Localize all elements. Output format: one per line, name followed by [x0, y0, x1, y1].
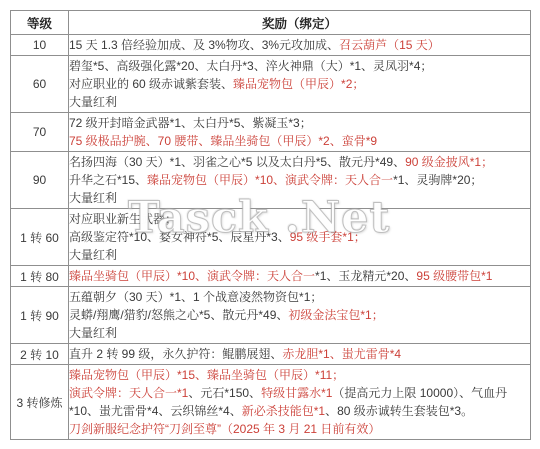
reward-line: 五蕴朝夕（30 天）*1、1 个战意凌然物资包*1；: [69, 288, 530, 306]
reward-line: 大量红利: [69, 189, 530, 207]
reward-text: 对应职业的 60 级赤诚紫套装、: [69, 77, 233, 91]
reward-highlight-text: 臻品宠物包（甲辰）*10、演武令牌：天人合一: [147, 173, 393, 187]
level-cell: 1 转 60: [11, 209, 69, 266]
reward-highlight-text: 臻品宠物包（甲辰）*2；: [233, 77, 364, 91]
reward-text: 大量红利: [69, 191, 117, 205]
reward-text: 升华之石*15、: [69, 173, 147, 187]
table-row: 7072 级开封暗金武器*1、太白丹*5、紫凝玉*3；75 级极品护腕、70 腰…: [11, 113, 531, 152]
reward-line: 臻品坐骑包（甲辰）*10、演武令牌：天人合一*1、玉龙精元*20、95 级腰带包…: [69, 267, 530, 285]
reward-highlight-text: 召云葫芦（15 天）: [339, 38, 440, 52]
reward-text: 72 级开封暗金武器*1、太白丹*5、紫凝玉*3；: [69, 116, 312, 130]
reward-text: 灵蟒/翔鹰/猎豹/怒熊之心*5、散元丹*49、: [69, 308, 288, 322]
reward-text: *1、灵驹牌*20；: [393, 173, 482, 187]
reward-text: 名扬四海（30 天）*1、羽雀之心*5 以及太白丹*5、散元丹*49、: [69, 155, 405, 169]
reward-cell: 直升 2 转 99 级，永久护符：鲲鹏展翅、赤龙胆*1、蚩尤雷骨*4: [69, 344, 531, 365]
table-row: 3 转修炼臻品宠物包（甲辰）*15、臻品坐骑包（甲辰）*11；演武令牌：天人合一…: [11, 365, 531, 440]
reward-highlight-text: 演武令牌：天人合一*1: [69, 386, 188, 400]
reward-text: 、80 级赤诚转生套装包*3。: [325, 404, 473, 418]
reward-text: 15 天 1.3 倍经验加成、及 3%物攻、3%元攻加成、: [69, 38, 339, 52]
reward-line: 大量红利: [69, 246, 530, 264]
reward-highlight-text: 赤龙胆*1、蚩尤雷骨*4: [282, 347, 401, 361]
table-row: 1015 天 1.3 倍经验加成、及 3%物攻、3%元攻加成、召云葫芦（15 天…: [11, 35, 531, 56]
reward-line: 15 天 1.3 倍经验加成、及 3%物攻、3%元攻加成、召云葫芦（15 天）: [69, 36, 530, 54]
reward-line: 75 级极品护腕、70 腰带、臻品坐骑包（甲辰）*2、蛮骨*9: [69, 132, 530, 150]
reward-line: 演武令牌：天人合一*1、元石*150、特级甘露水*1（提高元力上限 10000）…: [69, 384, 530, 420]
reward-line: 72 级开封暗金武器*1、太白丹*5、紫凝玉*3；: [69, 114, 530, 132]
reward-line: 碧玺*5、高级强化露*20、太白丹*3、淬火神鼎（大）*1、灵凤羽*4；: [69, 57, 530, 75]
rewards-page: 等级 奖励（绑定） 1015 天 1.3 倍经验加成、及 3%物攻、3%元攻加成…: [0, 0, 540, 449]
reward-line: 刀剑新服纪念护符“刀剑至尊”（2025 年 3 月 21 日前有效）: [69, 420, 530, 438]
reward-line: 灵蟒/翔鹰/猎豹/怒熊之心*5、散元丹*49、初级金法宝包*1；: [69, 306, 530, 324]
reward-text: 直升 2 转 99 级，永久护符：鲲鹏展翅、: [69, 347, 282, 361]
reward-highlight-text: 95 级腰带包*1: [416, 269, 492, 283]
reward-text: 五蕴朝夕（30 天）*1、1 个战意凌然物资包*1；: [69, 290, 322, 304]
level-cell: 2 转 10: [11, 344, 69, 365]
header-reward: 奖励（绑定）: [69, 11, 531, 35]
reward-cell: 碧玺*5、高级强化露*20、太白丹*3、淬火神鼎（大）*1、灵凤羽*4；对应职业…: [69, 56, 531, 113]
level-cell: 60: [11, 56, 69, 113]
reward-highlight-text: 新必杀技能包*1: [242, 404, 325, 418]
reward-line: 对应职业的 60 级赤诚紫套装、臻品宠物包（甲辰）*2；: [69, 75, 530, 93]
level-cell: 70: [11, 113, 69, 152]
reward-highlight-text: 刀剑新服纪念护符“刀剑至尊”（2025 年 3 月 21 日前有效）: [69, 422, 380, 436]
reward-cell: 臻品宠物包（甲辰）*15、臻品坐骑包（甲辰）*11；演武令牌：天人合一*1、元石…: [69, 365, 531, 440]
reward-highlight-text: 特级甘露水*1: [261, 386, 332, 400]
reward-highlight-text: 初级金法宝包*1；: [288, 308, 383, 322]
table-row: 60碧玺*5、高级强化露*20、太白丹*3、淬火神鼎（大）*1、灵凤羽*4；对应…: [11, 56, 531, 113]
reward-text: 对应职业新生武器；: [69, 212, 177, 226]
table-row: 2 转 10直升 2 转 99 级，永久护符：鲲鹏展翅、赤龙胆*1、蚩尤雷骨*4: [11, 344, 531, 365]
reward-cell: 72 级开封暗金武器*1、太白丹*5、紫凝玉*3；75 级极品护腕、70 腰带、…: [69, 113, 531, 152]
table-row: 90名扬四海（30 天）*1、羽雀之心*5 以及太白丹*5、散元丹*49、90 …: [11, 152, 531, 209]
reward-highlight-text: 臻品坐骑包（甲辰）*10、演武令牌：天人合一: [69, 269, 315, 283]
reward-cell: 五蕴朝夕（30 天）*1、1 个战意凌然物资包*1；灵蟒/翔鹰/猎豹/怒熊之心*…: [69, 287, 531, 344]
level-cell: 10: [11, 35, 69, 56]
reward-cell: 名扬四海（30 天）*1、羽雀之心*5 以及太白丹*5、散元丹*49、90 级金…: [69, 152, 531, 209]
reward-text: 大量红利: [69, 248, 117, 262]
reward-highlight-text: 90 级金披风*1；: [405, 155, 493, 169]
header-level: 等级: [11, 11, 69, 35]
table-row: 1 转 80臻品坐骑包（甲辰）*10、演武令牌：天人合一*1、玉龙精元*20、9…: [11, 266, 531, 287]
reward-highlight-text: 75 级极品护腕、70 腰带、臻品坐骑包（甲辰）*2、蛮骨*9: [69, 134, 377, 148]
reward-cell: 对应职业新生武器；高级鉴定符*10、婺女神符*5、辰星丹*3、95 级手套*1；…: [69, 209, 531, 266]
rewards-table-head: 等级 奖励（绑定）: [11, 11, 531, 35]
reward-line: 大量红利: [69, 93, 530, 111]
rewards-table-body: 1015 天 1.3 倍经验加成、及 3%物攻、3%元攻加成、召云葫芦（15 天…: [11, 35, 531, 440]
reward-text: 高级鉴定符*10、婺女神符*5、辰星丹*3、: [69, 230, 290, 244]
reward-text: 碧玺*5、高级强化露*20、太白丹*3、淬火神鼎（大）*1、灵凤羽*4；: [69, 59, 432, 73]
table-row: 1 转 60对应职业新生武器；高级鉴定符*10、婺女神符*5、辰星丹*3、95 …: [11, 209, 531, 266]
table-row: 1 转 90五蕴朝夕（30 天）*1、1 个战意凌然物资包*1；灵蟒/翔鹰/猎豹…: [11, 287, 531, 344]
level-cell: 1 转 90: [11, 287, 69, 344]
reward-text: 大量红利: [69, 95, 117, 109]
reward-line: 升华之石*15、臻品宠物包（甲辰）*10、演武令牌：天人合一*1、灵驹牌*20；: [69, 171, 530, 189]
reward-line: 对应职业新生武器；: [69, 210, 530, 228]
reward-text: 大量红利: [69, 326, 117, 340]
reward-line: 高级鉴定符*10、婺女神符*5、辰星丹*3、95 级手套*1；: [69, 228, 530, 246]
reward-highlight-text: 95 级手套*1；: [290, 230, 366, 244]
reward-text: *1、玉龙精元*20、: [315, 269, 416, 283]
reward-cell: 臻品坐骑包（甲辰）*10、演武令牌：天人合一*1、玉龙精元*20、95 级腰带包…: [69, 266, 531, 287]
level-cell: 1 转 80: [11, 266, 69, 287]
header-row: 等级 奖励（绑定）: [11, 11, 531, 35]
rewards-table: 等级 奖励（绑定） 1015 天 1.3 倍经验加成、及 3%物攻、3%元攻加成…: [10, 10, 531, 440]
reward-line: 名扬四海（30 天）*1、羽雀之心*5 以及太白丹*5、散元丹*49、90 级金…: [69, 153, 530, 171]
reward-text: 、元石*150、: [188, 386, 261, 400]
reward-cell: 15 天 1.3 倍经验加成、及 3%物攻、3%元攻加成、召云葫芦（15 天）: [69, 35, 531, 56]
level-cell: 90: [11, 152, 69, 209]
reward-highlight-text: 臻品宠物包（甲辰）*15、臻品坐骑包（甲辰）*11；: [69, 368, 344, 382]
reward-line: 大量红利: [69, 324, 530, 342]
reward-line: 直升 2 转 99 级，永久护符：鲲鹏展翅、赤龙胆*1、蚩尤雷骨*4: [69, 345, 530, 363]
level-cell: 3 转修炼: [11, 365, 69, 440]
reward-line: 臻品宠物包（甲辰）*15、臻品坐骑包（甲辰）*11；: [69, 366, 530, 384]
